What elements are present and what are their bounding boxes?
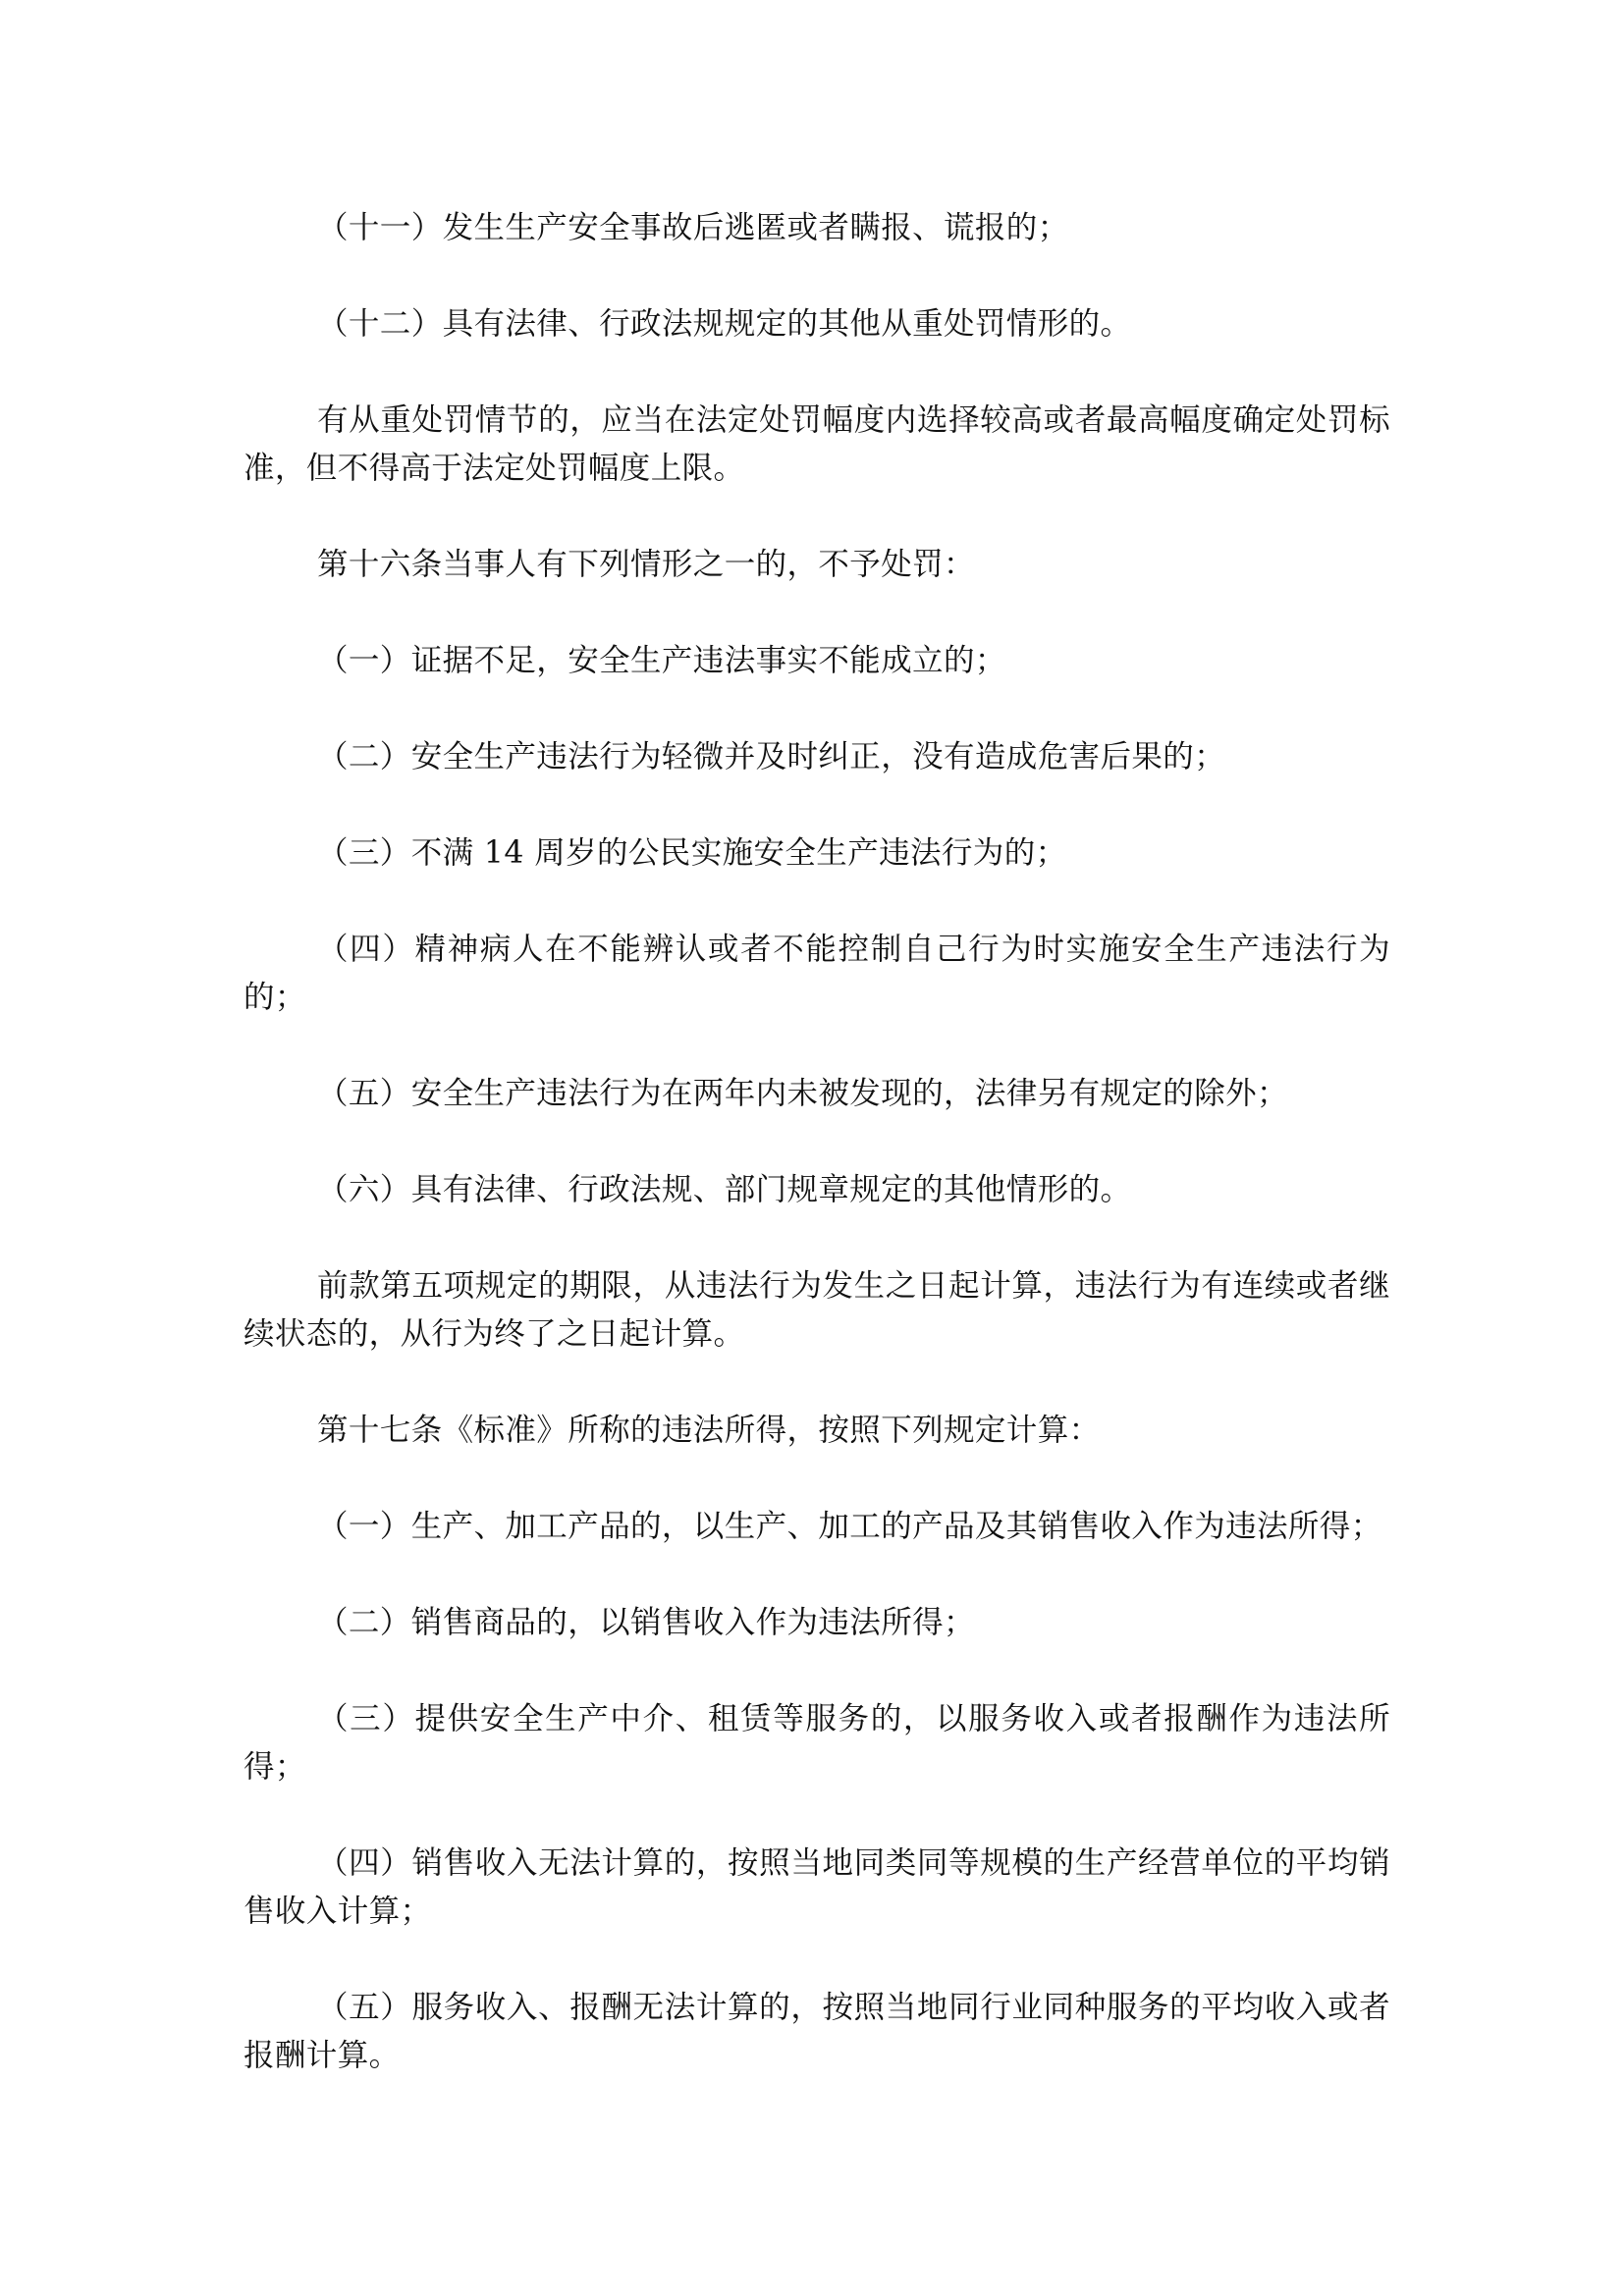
article-16-item-6: （六）具有法律、行政法规、部门规章规定的其他情形的。 — [244, 1166, 1390, 1214]
article-16-item-4: （四）精神病人在不能辨认或者不能控制自己行为时实施安全生产违法行为的； — [244, 926, 1390, 1022]
article-16-item-1: （一）证据不足，安全生产违法事实不能成立的； — [244, 637, 1390, 685]
article-16-heading: 第十六条当事人有下列情形之一的，不予处罚： — [244, 541, 1390, 589]
article-16-item-3: （三）不满 14 周岁的公民实施安全生产违法行为的； — [244, 829, 1390, 878]
article-16-item-5: （五）安全生产违法行为在两年内未被发现的，法律另有规定的除外； — [244, 1070, 1390, 1118]
article-17-item-2: （二）销售商品的，以销售收入作为违法所得； — [244, 1599, 1390, 1647]
article-17-heading: 第十七条《标准》所称的违法所得，按照下列规定计算： — [244, 1407, 1390, 1455]
paragraph-item-12: （十二）具有法律、行政法规规定的其他从重处罚情形的。 — [244, 300, 1390, 348]
article-17-item-5: （五）服务收入、报酬无法计算的，按照当地同行业同种服务的平均收入或者报酬计算。 — [244, 1984, 1390, 2080]
document-page: （十一）发生生产安全事故后逃匿或者瞒报、谎报的； （十二）具有法律、行政法规规定… — [244, 204, 1390, 2128]
article-16-time-limit: 前款第五项规定的期限，从违法行为发生之日起计算，违法行为有连续或者继续状态的，从… — [244, 1262, 1390, 1359]
paragraph-aggravating-rule: 有从重处罚情节的，应当在法定处罚幅度内选择较高或者最高幅度确定处罚标准，但不得高… — [244, 397, 1390, 493]
paragraph-item-11: （十一）发生生产安全事故后逃匿或者瞒报、谎报的； — [244, 204, 1390, 252]
article-17-item-4: （四）销售收入无法计算的，按照当地同类同等规模的生产经营单位的平均销售收入计算； — [244, 1840, 1390, 1936]
article-17-item-1: （一）生产、加工产品的，以生产、加工的产品及其销售收入作为违法所得； — [244, 1503, 1390, 1551]
article-17-item-3: （三）提供安全生产中介、租赁等服务的，以服务收入或者报酬作为违法所得； — [244, 1695, 1390, 1791]
article-16-item-2: （二）安全生产违法行为轻微并及时纠正，没有造成危害后果的； — [244, 733, 1390, 781]
